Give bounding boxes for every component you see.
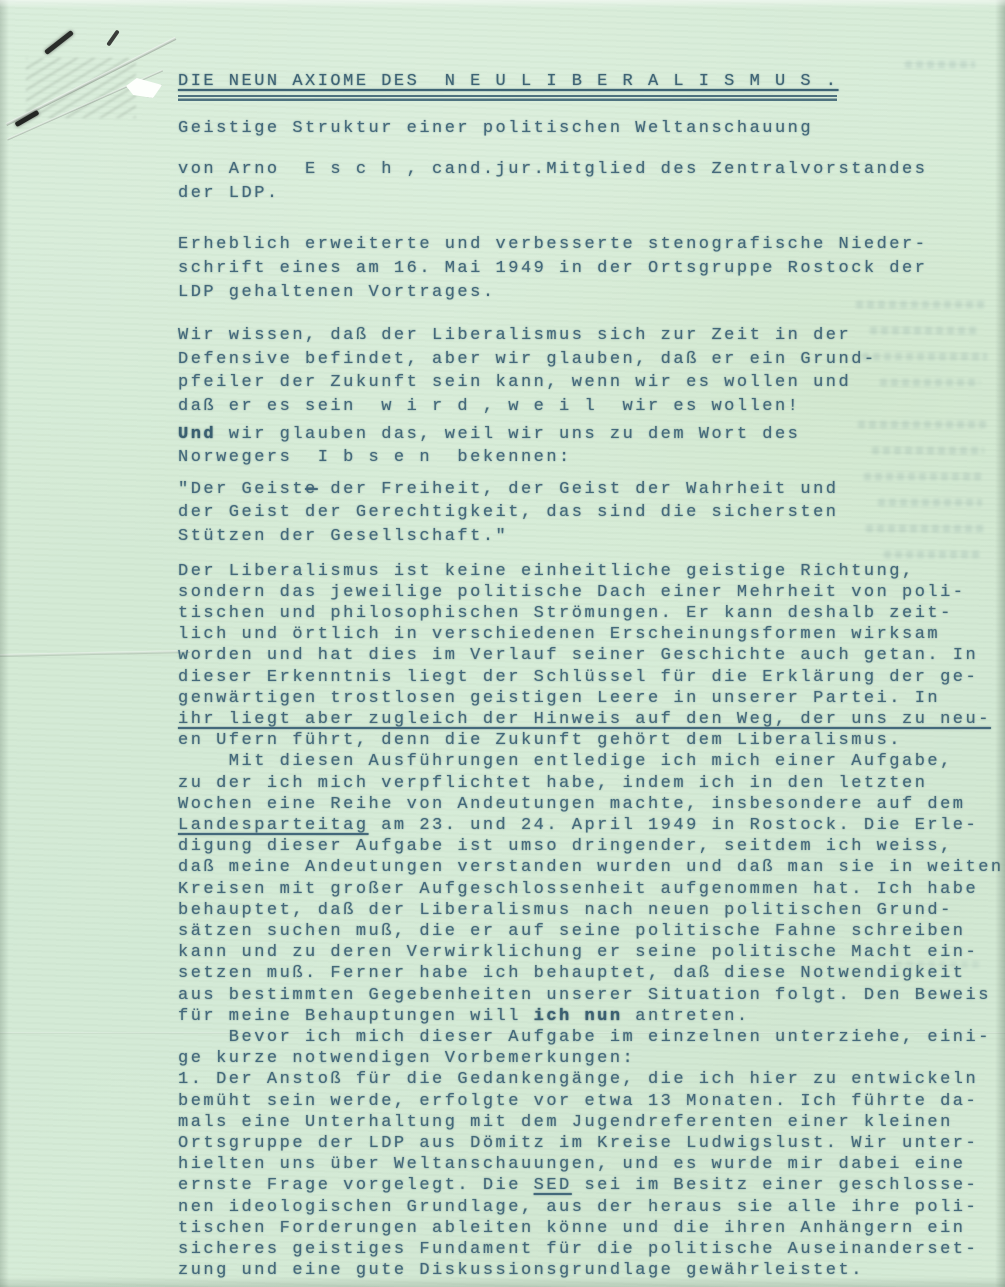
text-segment: der Geist der Gerechtigkeit, das sind di… xyxy=(178,503,839,522)
staple-wire-mark xyxy=(44,30,74,55)
fold-crease-top-left-2 xyxy=(7,70,163,141)
text-segment: setzen muß. Ferner habe ich behauptet, d… xyxy=(178,964,966,983)
text-segment: Ortsgruppe der LDP aus Dömitz im Kreise … xyxy=(178,1134,978,1153)
text-segment: Landesparteitag xyxy=(178,816,369,835)
text-segment: Wochen eine Reihe von Andeutungen machte… xyxy=(178,795,966,814)
text-line: setzen muß. Ferner habe ich behauptet, d… xyxy=(178,963,978,984)
text-line: ihr liegt aber zugleich der Hinweis auf … xyxy=(178,709,978,730)
page-edge-shadow-bottom xyxy=(0,1277,1005,1287)
block-title: DIE NEUN AXIOME DES N E U L I B E R A L … xyxy=(178,70,978,101)
text-segment: antreten. xyxy=(623,1007,750,1026)
text-line: pfeiler der Zukunft sein kann, wenn wir … xyxy=(178,371,978,395)
page-edge-shadow-left xyxy=(0,0,9,1287)
text-line: LDP gehaltenen Vortrages. xyxy=(178,281,978,305)
text-segment: ernste Frage vorgelegt. Die xyxy=(178,1176,534,1195)
block-body: Der Liberalismus ist keine einheitliche … xyxy=(178,561,978,1282)
text-segment: lich und örtlich in verschiedenen Ersche… xyxy=(178,625,940,644)
text-line: tischen Forderungen ableiten könne und d… xyxy=(178,1218,978,1239)
text-line: Defensive befindet, aber wir glauben, da… xyxy=(178,348,978,372)
bleedthrough-ghost-text xyxy=(905,61,975,69)
text-segment: tischen und philosophischen Strömungen. … xyxy=(178,604,953,623)
text-line: en Ufern führt, denn die Zukunft gehört … xyxy=(178,730,978,751)
text-segment: mals eine Unterhaltung mit dem Jugendref… xyxy=(178,1113,953,1132)
text-segment: Erheblich erweiterte und verbesserte ste… xyxy=(178,235,927,254)
text-segment: der Freiheit, der Geist der Wahrheit und xyxy=(318,480,839,499)
text-line: zu der ich mich verpflichtet habe, indem… xyxy=(178,773,978,794)
text-line: kann und zu deren Verwirklichung er sein… xyxy=(178,942,978,963)
text-segment: dieser Erkenntnis liegt der Schlüssel fü… xyxy=(178,668,978,687)
text-line: ernste Frage vorgelegt. Die SED sei im B… xyxy=(178,1175,978,1196)
staple-wire-mark-3 xyxy=(106,29,120,46)
text-line: DIE NEUN AXIOME DES N E U L I B E R A L … xyxy=(178,70,978,101)
text-line: lich und örtlich in verschiedenen Ersche… xyxy=(178,624,978,645)
text-segment: sei im Besitz einer geschlosse- xyxy=(572,1176,978,1195)
fold-crease-middle xyxy=(0,650,190,657)
text-segment: kann und zu deren Verwirklichung er sein… xyxy=(178,943,978,962)
text-segment: Und xyxy=(178,425,216,444)
text-line: Geistige Struktur einer politischen Welt… xyxy=(178,117,978,141)
text-segment: Stützen der Gesellschaft." xyxy=(178,527,508,546)
block-note: Erheblich erweiterte und verbesserte ste… xyxy=(178,233,978,304)
text-segment: sätzen suchen muß, die er auf seine poli… xyxy=(178,922,966,941)
text-segment: hielten uns über Weltanschauungen, und e… xyxy=(178,1155,966,1174)
text-segment: ihr liegt aber zugleich der Hinweis auf … xyxy=(178,710,991,729)
text-segment: behauptet, daß der Liberalismus nach neu… xyxy=(178,901,953,920)
text-line: Landesparteitag am 23. und 24. April 194… xyxy=(178,815,978,836)
text-line: Der Liberalismus ist keine einheitliche … xyxy=(178,561,978,582)
text-line: daß er es sein w i r d , w e i l wir es … xyxy=(178,395,978,419)
text-segment: daß er es sein w i r d , w e i l wir es … xyxy=(178,397,800,416)
text-line: der Geist der Gerechtigkeit, das sind di… xyxy=(178,501,978,525)
text-segment: Der Liberalismus ist keine einheitliche … xyxy=(178,562,915,581)
text-segment: Defensive befindet, aber wir glauben, da… xyxy=(178,350,877,369)
text-segment: Norwegers I b s e n bekennen: xyxy=(178,448,572,467)
text-line: von Arno E s c h , cand.jur.Mitglied des… xyxy=(178,158,978,182)
paper-tear-patch xyxy=(126,78,162,98)
text-segment: Kreisen mit großer Aufgeschlossenheit au… xyxy=(178,880,978,899)
text-line: dieser Erkenntnis liegt der Schlüssel fü… xyxy=(178,667,978,688)
text-line: Wochen eine Reihe von Andeutungen machte… xyxy=(178,794,978,815)
text-segment: Geistige Struktur einer politischen Welt… xyxy=(178,119,813,138)
text-line: ge kurze notwendigen Vorbemerkungen: xyxy=(178,1048,978,1069)
text-segment: DIE NEUN AXIOME DES N E U L I B E R A L … xyxy=(178,70,839,101)
text-line: für meine Behauptungen will ich nun antr… xyxy=(178,1006,978,1027)
text-line: 1. Der Anstoß für die Gedankengänge, die… xyxy=(178,1069,978,1090)
text-segment: am 23. und 24. April 1949 in Rostock. Di… xyxy=(369,816,979,835)
page-edge-highlight-top xyxy=(0,0,1005,8)
text-segment: ge kurze notwendigen Vorbemerkungen: xyxy=(178,1049,635,1068)
text-line: "Der Geiste der Freiheit, der Geist der … xyxy=(178,478,978,502)
text-segment: sondern das jeweilige politische Dach ei… xyxy=(178,583,966,602)
text-line: sätzen suchen muß, die er auf seine poli… xyxy=(178,921,978,942)
text-line: nen ideologischen Grundlage, aus der her… xyxy=(178,1197,978,1218)
block-author: von Arno E s c h , cand.jur.Mitglied des… xyxy=(178,158,978,205)
text-line: Mit diesen Ausführungen entledige ich mi… xyxy=(178,751,978,772)
text-line: worden und hat dies im Verlauf seiner Ge… xyxy=(178,645,978,666)
document-text: DIE NEUN AXIOME DES N E U L I B E R A L … xyxy=(178,70,978,1281)
text-line: Bevor ich mich dieser Aufgabe im einzeln… xyxy=(178,1027,978,1048)
text-line: Erheblich erweiterte und verbesserte ste… xyxy=(178,233,978,257)
text-segment: schrift eines am 16. Mai 1949 in der Ort… xyxy=(178,259,927,278)
text-line: der LDP. xyxy=(178,182,978,206)
text-segment: für meine Behauptungen will xyxy=(178,1007,534,1026)
text-line: Norwegers I b s e n bekennen: xyxy=(178,446,978,470)
text-segment: aus bestimmten Gegebenheiten unserer Sit… xyxy=(178,986,991,1005)
block-subtitle: Geistige Struktur einer politischen Welt… xyxy=(178,117,978,141)
text-line: Und wir glauben das, weil wir uns zu dem… xyxy=(178,423,978,447)
text-line: digung dieser Aufgabe ist umso dringende… xyxy=(178,836,978,857)
text-segment: sicheres geistiges Fundament für die pol… xyxy=(178,1240,978,1259)
text-segment: Bevor ich mich dieser Aufgabe im einzeln… xyxy=(178,1028,991,1047)
block-intro: Wir wissen, daß der Liberalismus sich zu… xyxy=(178,324,978,418)
text-segment: LDP gehaltenen Vortrages. xyxy=(178,283,496,302)
text-segment: wir glauben das, weil wir uns zu dem Wor… xyxy=(216,425,800,444)
text-segment: bemüht sein werde, erfolgte vor etwa 13 … xyxy=(178,1092,978,1111)
text-segment: ich nun xyxy=(534,1007,623,1026)
text-line: Ortsgruppe der LDP aus Dömitz im Kreise … xyxy=(178,1133,978,1154)
text-line: aus bestimmten Gegebenheiten unserer Sit… xyxy=(178,985,978,1006)
text-segment: "Der Geist xyxy=(178,480,305,499)
corner-scuff xyxy=(26,58,136,118)
text-line: tischen und philosophischen Strömungen. … xyxy=(178,603,978,624)
text-line: genwärtigen trostlosen geistigen Leere i… xyxy=(178,688,978,709)
text-line: sicheres geistiges Fundament für die pol… xyxy=(178,1239,978,1260)
fold-crease-top-left xyxy=(6,37,177,126)
text-segment: Wir wissen, daß der Liberalismus sich zu… xyxy=(178,326,851,345)
text-line: schrift eines am 16. Mai 1949 in der Ort… xyxy=(178,257,978,281)
text-line: behauptet, daß der Liberalismus nach neu… xyxy=(178,900,978,921)
block-credo: Und wir glauben das, weil wir uns zu dem… xyxy=(178,423,978,470)
paper-sheet: DIE NEUN AXIOME DES N E U L I B E R A L … xyxy=(0,0,1005,1287)
text-segment: digung dieser Aufgabe ist umso dringende… xyxy=(178,837,953,856)
staple-mark xyxy=(6,18,166,128)
text-segment: der LDP. xyxy=(178,184,280,203)
block-quote: "Der Geiste der Freiheit, der Geist der … xyxy=(178,478,978,549)
text-segment: daß meine Andeutungen verstanden wurden … xyxy=(178,858,1004,877)
text-line: Stützen der Gesellschaft." xyxy=(178,525,978,549)
text-segment: zu der ich mich verpflichtet habe, indem… xyxy=(178,774,927,793)
text-line: bemüht sein werde, erfolgte vor etwa 13 … xyxy=(178,1091,978,1112)
text-line: sondern das jeweilige politische Dach ei… xyxy=(178,582,978,603)
text-segment: en Ufern führt, denn die Zukunft gehört … xyxy=(178,731,902,750)
text-segment: worden und hat dies im Verlauf seiner Ge… xyxy=(178,646,978,665)
text-segment: SED xyxy=(534,1176,572,1195)
staple-wire-mark-2 xyxy=(14,110,39,127)
text-segment: tischen Forderungen ableiten könne und d… xyxy=(178,1219,966,1238)
text-segment: nen ideologischen Grundlage, aus der her… xyxy=(178,1198,978,1217)
text-line: Wir wissen, daß der Liberalismus sich zu… xyxy=(178,324,978,348)
text-segment: e xyxy=(305,480,318,499)
page-edge-shadow-right xyxy=(995,0,1005,1287)
text-line: Kreisen mit großer Aufgeschlossenheit au… xyxy=(178,879,978,900)
text-segment: 1. Der Anstoß für die Gedankengänge, die… xyxy=(178,1070,978,1089)
text-segment: genwärtigen trostlosen geistigen Leere i… xyxy=(178,689,940,708)
text-line: daß meine Andeutungen verstanden wurden … xyxy=(178,857,978,878)
text-line: hielten uns über Weltanschauungen, und e… xyxy=(178,1154,978,1175)
text-segment: von Arno E s c h , cand.jur.Mitglied des… xyxy=(178,160,927,179)
text-segment: pfeiler der Zukunft sein kann, wenn wir … xyxy=(178,373,851,392)
text-line: mals eine Unterhaltung mit dem Jugendref… xyxy=(178,1112,978,1133)
text-segment: Mit diesen Ausführungen entledige ich mi… xyxy=(178,752,953,771)
